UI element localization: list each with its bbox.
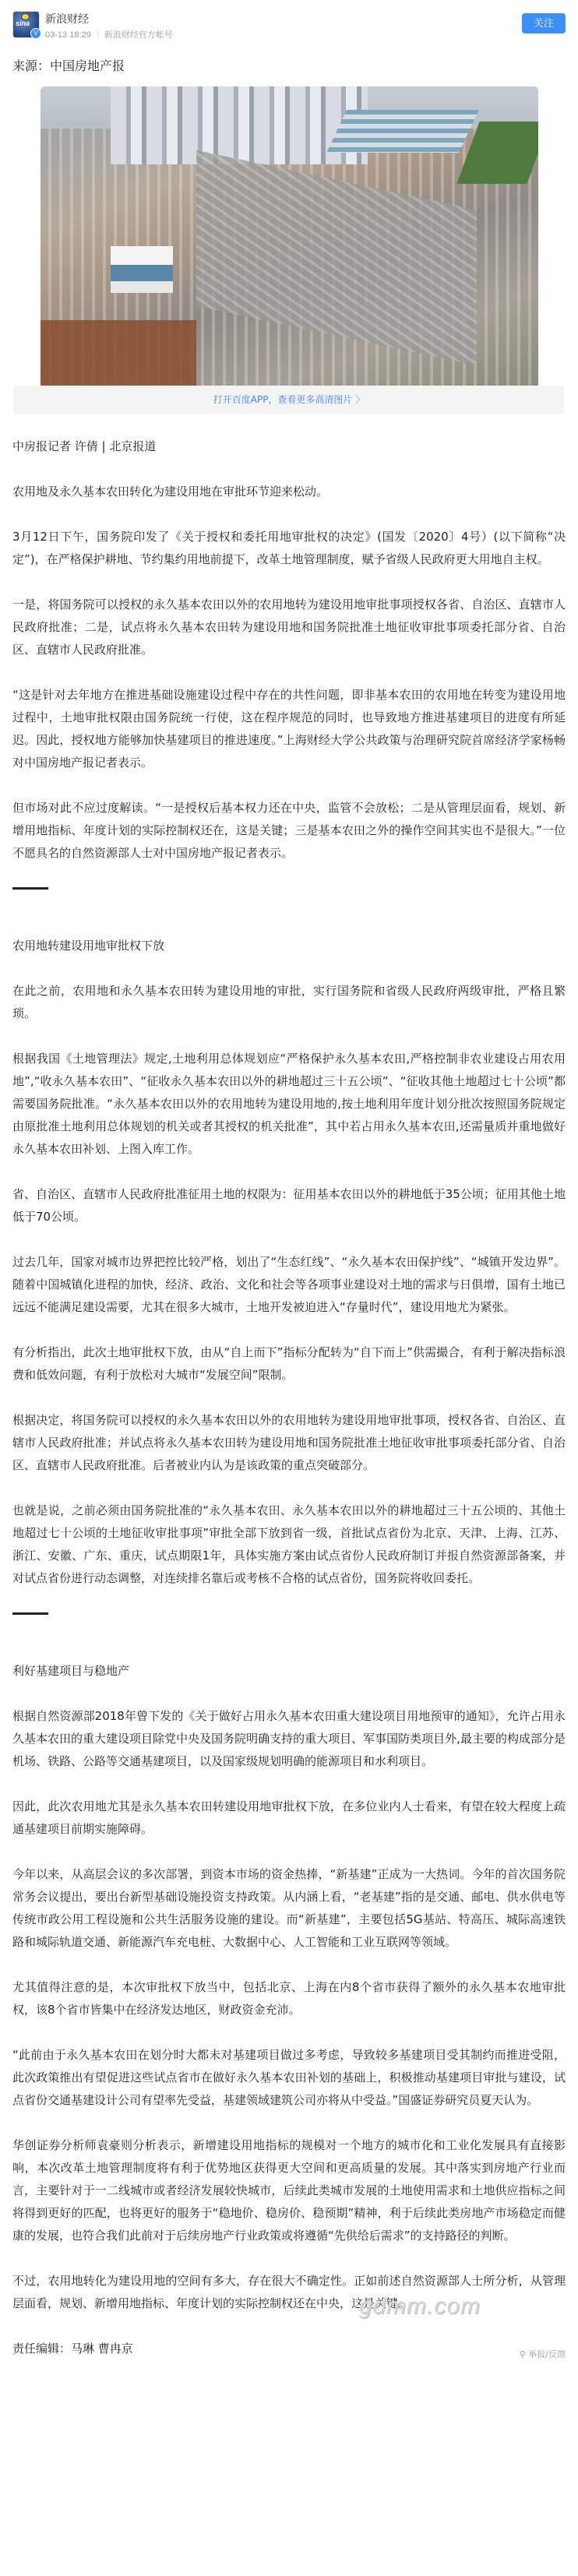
paragraph: 根据自然资源部2018年曾下发的《关于做好占用永久基本农田重大建设项目用地预审的… bbox=[12, 1705, 566, 1773]
paragraph: 华创证券分析师袁豪则分析表示，新增建设用地指标的规模对一个地方的城市化和工业化发… bbox=[12, 2134, 566, 2247]
section-heading: 利好基建项目与稳地产 bbox=[12, 1660, 566, 1683]
paragraph: 但市场对此不应过度解读。“一是授权后基本权力还在中央，监管不会放松；二是从管理层… bbox=[12, 797, 566, 865]
paragraph: 今年以来，从高层会议的多次部署，到资本市场的资金热捧，“新基建”正成为一大热词。… bbox=[12, 1863, 566, 1954]
article-figure bbox=[12, 86, 566, 386]
article-source: 来源：中国房地产报 bbox=[12, 55, 566, 78]
responsible-editor: 责任编辑：马琳 曹冉京 bbox=[12, 2338, 566, 2360]
photo-lot bbox=[196, 150, 477, 366]
post-timestamp: 03-13 18:29 bbox=[45, 30, 91, 40]
paragraph: 在此之前，农用地和永久基本农田转为建设用地的审批，实行国务院和省级人民政府两级审… bbox=[12, 980, 566, 1025]
meta-divider bbox=[97, 30, 98, 38]
report-icon: ⚲ bbox=[520, 2349, 529, 2359]
photo-tent bbox=[111, 246, 173, 293]
construction-site-photo[interactable] bbox=[41, 86, 538, 386]
photo-soil bbox=[41, 320, 196, 386]
section-divider bbox=[12, 1612, 48, 1615]
paragraph: 也就是说，之前必须由国务院批准的“永久基本农田、永久基本农田以外的耕地超过三十五… bbox=[12, 1499, 566, 1590]
paragraph: 省、自治区、直辖市人民政府批准征用土地的权限为：征用基本农田以外的耕地低于35公… bbox=[12, 1183, 566, 1228]
paragraph: 有分析指出，此次土地审批权下放，由从“自上而下”指标分配转为“自下而上”供需撮合… bbox=[12, 1341, 566, 1387]
photo-buildings bbox=[111, 86, 368, 164]
paragraph: 过去几年，国家对城市边界把控比较严格，划出了“生态红线”、“永久基本农田保护线”… bbox=[12, 1251, 566, 1319]
article-header: sina V 新浪财经 03-13 18:29新浪财经官方帐号 关注 bbox=[0, 0, 578, 47]
article-body: 来源：中国房地产报 bbox=[0, 55, 578, 386]
paragraph: 一是，将国务院可以授权的永久基本农田以外的农用地转为建设用地审批事项授权各省、自… bbox=[12, 594, 566, 661]
open-app-link[interactable]: 打开百度APP，查看更多高清图片 〉 bbox=[14, 386, 564, 414]
sina-logo-icon: sina bbox=[16, 19, 30, 27]
watermark: gdmm.com bbox=[359, 2293, 481, 2320]
report-label: 举报/反馈 bbox=[528, 2349, 566, 2359]
post-meta: 03-13 18:29新浪财经官方帐号 bbox=[45, 28, 173, 41]
article-text: 中房报记者 许倩 | 北京报道 农用地及永久基本农田转化为建设用地在审批环节迎来… bbox=[0, 435, 578, 2360]
paragraph: 根据决定，将国务院可以授权的永久基本农田以外的农用地转为建设用地审批事项，授权各… bbox=[12, 1409, 566, 1477]
follow-button[interactable]: 关注 bbox=[522, 13, 566, 33]
author-name[interactable]: 新浪财经 bbox=[45, 11, 89, 26]
paragraph: 根据我国《土地管理法》规定,土地利用总体规划应“严格保护永久基本农田,严格控制非… bbox=[12, 1048, 566, 1161]
paragraph: 因此，此次农用地尤其是永久基本农田转建设用地审批权下放，在多位业内人士看来，有望… bbox=[12, 1795, 566, 1841]
section-heading: 农用地转建设用地审批权下放 bbox=[12, 935, 566, 957]
verified-badge-icon: V bbox=[30, 28, 41, 39]
paragraph: 尤其值得注意的是，本次审批权下放当中，包括北京、上海在内8个省市获得了额外的永久… bbox=[12, 1976, 566, 2021]
photo-sheds bbox=[326, 110, 479, 153]
section-divider bbox=[12, 887, 48, 890]
paragraph: “这是针对去年地方在推进基础设施建设过程中存在的共性问题，即非基本农田的农用地在… bbox=[12, 684, 566, 774]
paragraph: 农用地及永久基本农田转化为建设用地在审批环节迎来松动。 bbox=[12, 481, 566, 503]
paragraph: 不过，农用地转化为建设用地的空间有多大，存在很大不确定性。正如前述自然资源部人士… bbox=[12, 2270, 566, 2315]
report-feedback-link[interactable]: ⚲ 举报/反馈 bbox=[520, 2349, 566, 2360]
byline: 中房报记者 许倩 | 北京报道 bbox=[12, 435, 566, 458]
paragraph: “此前由于永久基本农田在划分时大都未对基建项目做过多考虑，导致较多基建项目受其制… bbox=[12, 2044, 566, 2112]
paragraph: 3月12日下午，国务院印发了《关于授权和委托用地审批权的决定》(国发〔2020〕… bbox=[12, 526, 566, 571]
account-type: 新浪财经官方帐号 bbox=[104, 30, 173, 40]
